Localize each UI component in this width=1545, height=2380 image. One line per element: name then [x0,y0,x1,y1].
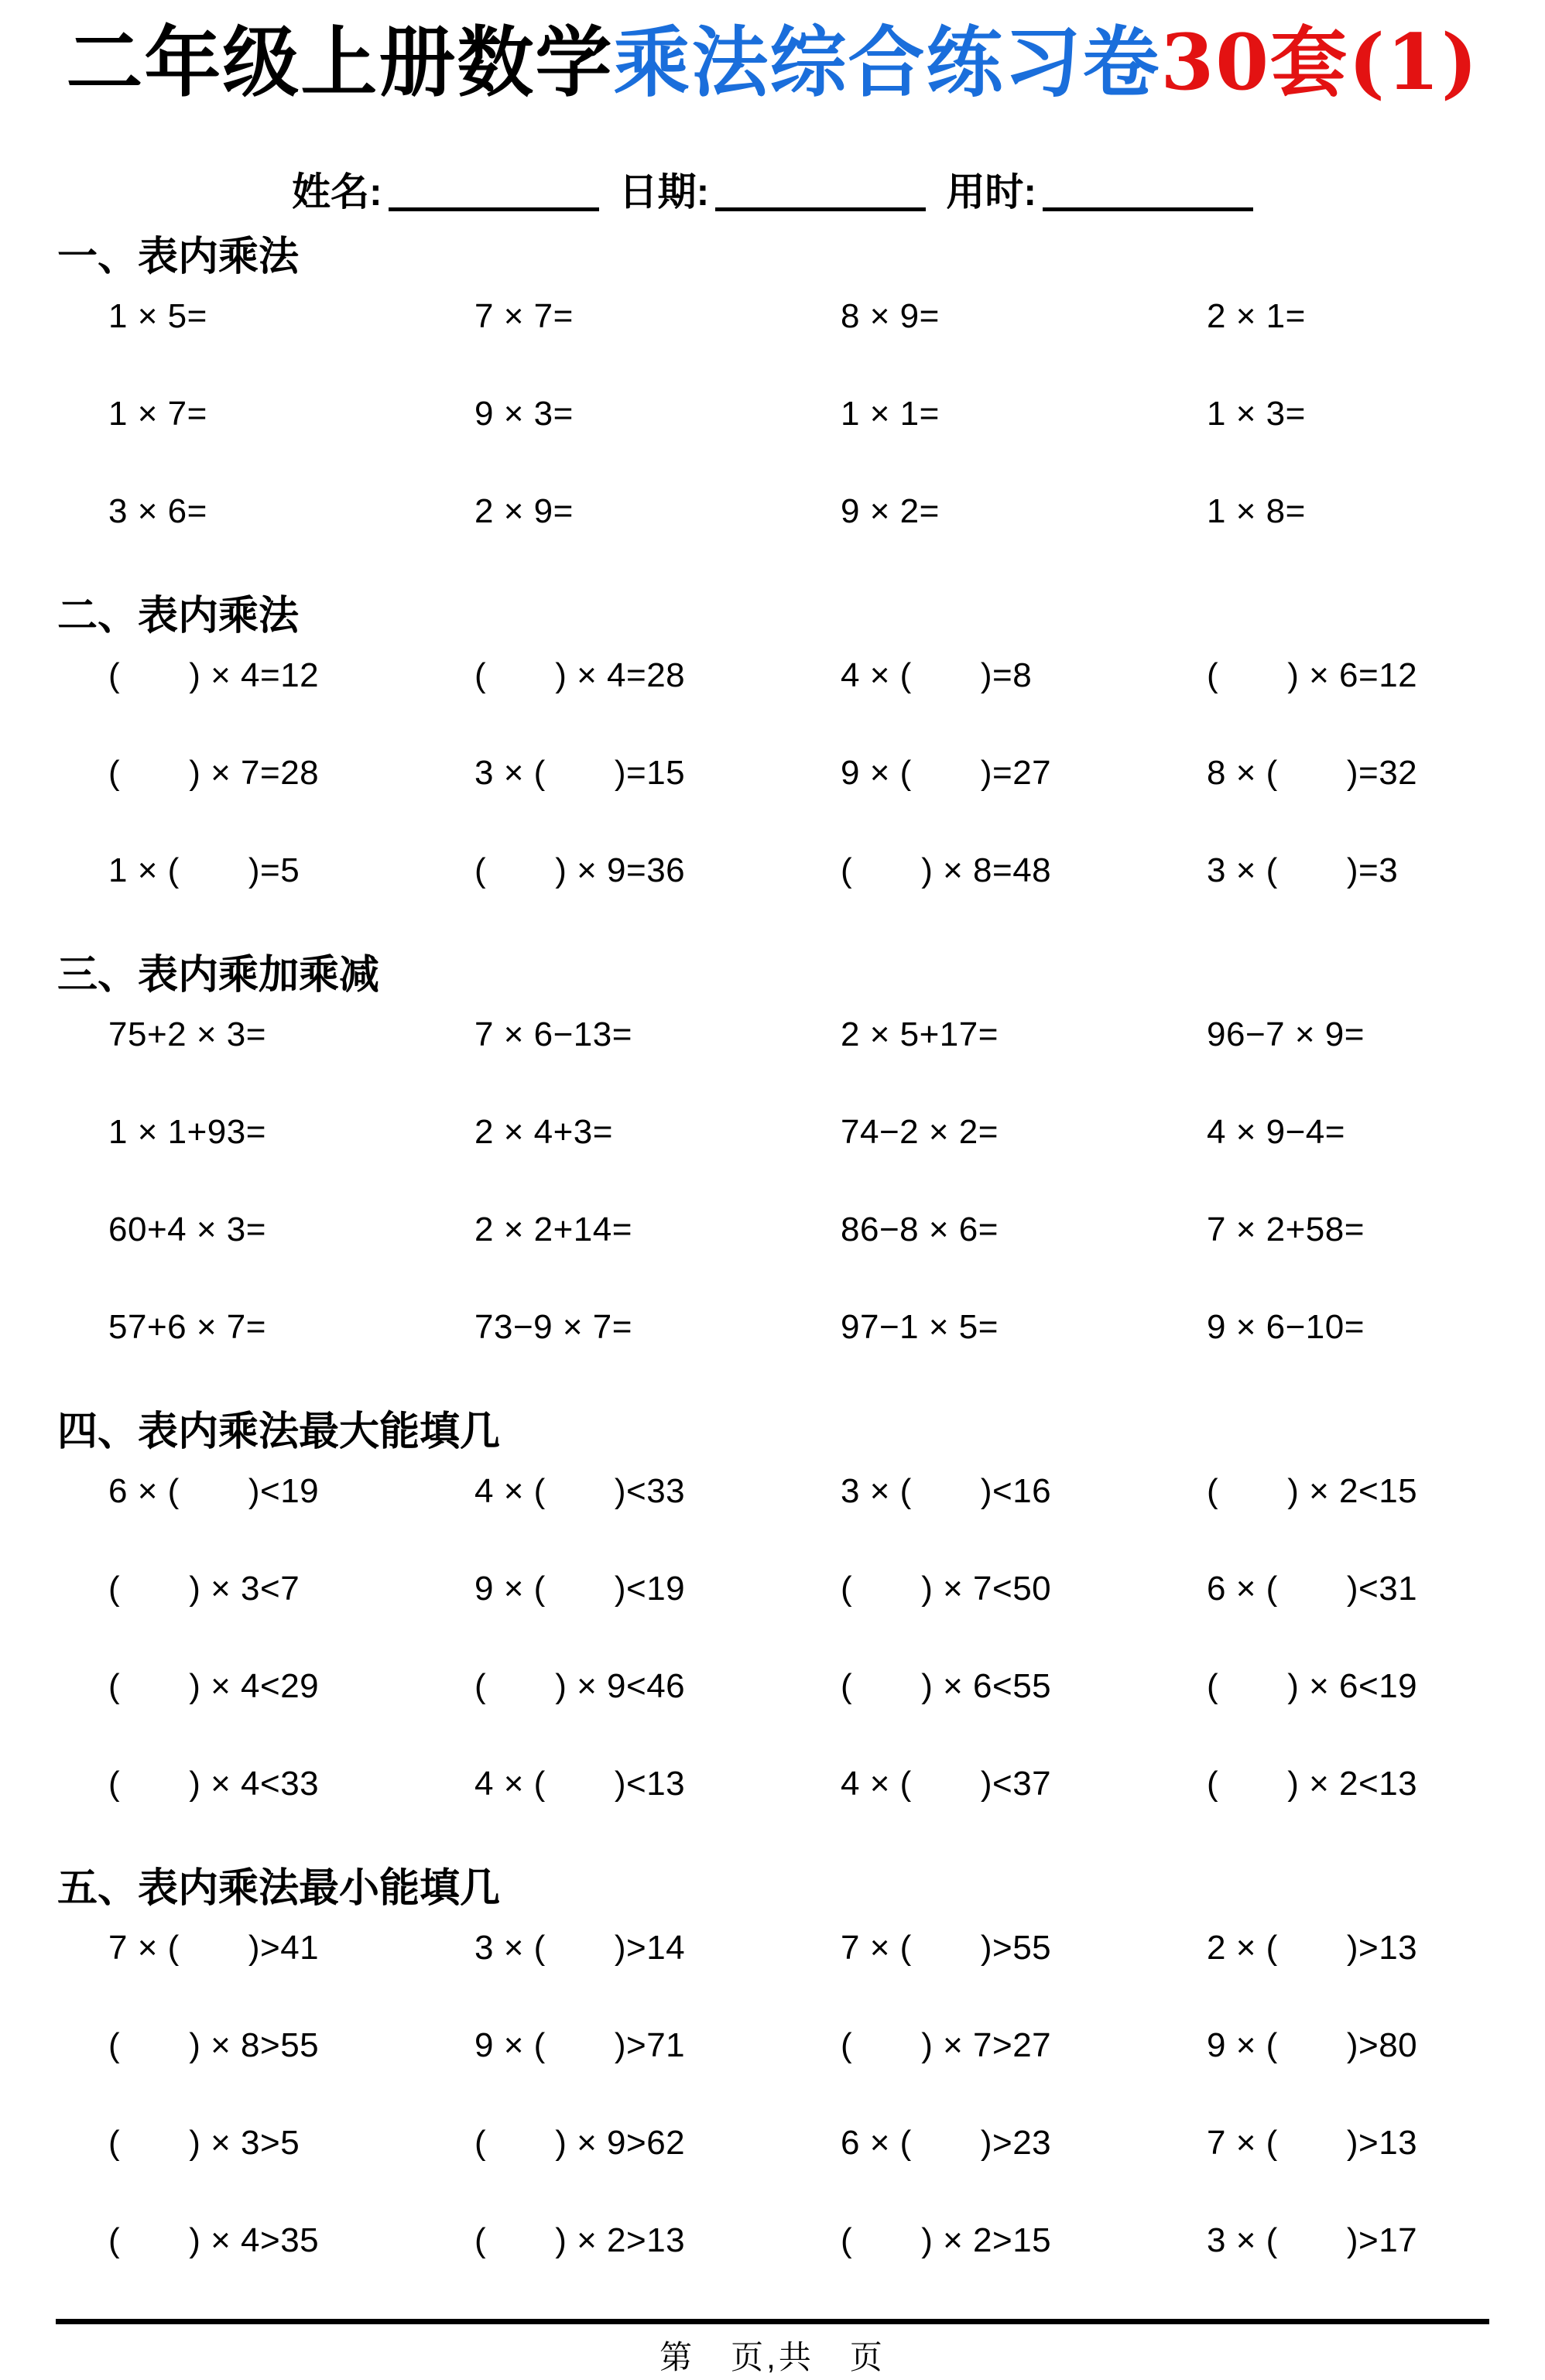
problem-cell: 7 × ( )>41 [108,1929,474,2026]
problem-cell: 4 × ( )<37 [841,1765,1207,1862]
section-4: 四、表内乘法最大能填几6 × ( )<194 × ( )<333 × ( )<1… [0,1412,1545,1862]
problem-cell: 1 × 1= [841,395,1207,492]
section-heading: 二、表内乘法 [57,596,1545,636]
problem-cell: ( ) × 9>62 [474,2124,841,2221]
problem-cell: 2 × 5+17= [841,1015,1207,1113]
problem-cell: 7 × 7= [474,297,841,395]
problem-cell: ( ) × 6=12 [1207,656,1545,754]
info-line: 姓名:日期:用时: [0,161,1545,217]
section-problems-grid: 7 × ( )>413 × ( )>147 × ( )>552 × ( )>13… [0,1929,1545,2319]
problem-cell: ( ) × 4>35 [108,2221,474,2319]
problem-cell: 7 × 6−13= [474,1015,841,1113]
problem-cell: ( ) × 2<13 [1207,1765,1545,1862]
problem-cell: 2 × 4+3= [474,1113,841,1211]
time-label: 用时: [946,170,1036,214]
problem-cell: 8 × ( )=32 [1207,754,1545,851]
problem-cell: ( ) × 6<19 [1207,1667,1545,1765]
problem-cell: ( ) × 2>15 [841,2221,1207,2319]
problem-cell: 7 × ( )>13 [1207,2124,1545,2221]
title-part-red: 30套(1) [1160,18,1478,108]
problem-cell: ( ) × 2<15 [1207,1472,1545,1570]
problem-cell: 75+2 × 3= [108,1015,474,1113]
problem-cell: ( ) × 7<50 [841,1570,1207,1667]
problem-cell: 1 × 8= [1207,492,1545,590]
problem-cell: 8 × 9= [841,297,1207,395]
problem-cell: 9 × ( )>80 [1207,2026,1545,2124]
problem-cell: 1 × 7= [108,395,474,492]
problem-cell: 9 × 2= [841,492,1207,590]
problem-cell: ( ) × 7>27 [841,2026,1207,2124]
worksheet-page: 二年级上册数学乘法综合练习卷30套(1) 姓名:日期:用时: 一、表内乘法1 ×… [0,0,1545,2380]
problem-cell: ( ) × 3>5 [108,2124,474,2221]
problem-cell: 2 × 1= [1207,297,1545,395]
problem-cell: 6 × ( )>23 [841,2124,1207,2221]
title-part-black: 二年级上册数学 [66,18,613,108]
problem-cell: ( ) × 9<46 [474,1667,841,1765]
problem-cell: 3 × ( )<16 [841,1472,1207,1570]
problem-cell: 4 × ( )=8 [841,656,1207,754]
problem-cell: 6 × ( )<19 [108,1472,474,1570]
problem-cell: 3 × ( )=15 [474,754,841,851]
section-problems-grid: 1 × 5=7 × 7=8 × 9=2 × 1=1 × 7=9 × 3=1 × … [0,297,1545,590]
problem-cell: ( ) × 8=48 [841,851,1207,949]
section-2: 二、表内乘法( ) × 4=12( ) × 4=284 × ( )=8( ) ×… [0,596,1545,949]
problem-cell: 3 × 6= [108,492,474,590]
problem-cell: 9 × ( )<19 [474,1570,841,1667]
problem-cell: 2 × 9= [474,492,841,590]
problem-cell: 57+6 × 7= [108,1308,474,1406]
problem-cell: 1 × ( )=5 [108,851,474,949]
problem-cell: ( ) × 3<7 [108,1570,474,1667]
page-title: 二年级上册数学乘法综合练习卷30套(1) [0,0,1545,104]
problem-cell: 97−1 × 5= [841,1308,1207,1406]
problem-cell: ( ) × 9=36 [474,851,841,949]
problem-cell: 1 × 5= [108,297,474,395]
problem-cell: 9 × 6−10= [1207,1308,1545,1406]
problem-cell: ( ) × 4=28 [474,656,841,754]
problem-cell: 9 × ( )>71 [474,2026,841,2124]
section-heading: 四、表内乘法最大能填几 [57,1412,1545,1452]
section-problems-grid: 75+2 × 3=7 × 6−13=2 × 5+17=96−7 × 9=1 × … [0,1015,1545,1406]
problem-cell: 9 × 3= [474,395,841,492]
problem-cell: 1 × 1+93= [108,1113,474,1211]
problem-cell: 3 × ( )=3 [1207,851,1545,949]
problem-cell: ( ) × 4<29 [108,1667,474,1765]
date-blank [715,169,926,211]
name-blank [389,169,599,211]
section-3: 三、表内乘加乘减75+2 × 3=7 × 6−13=2 × 5+17=96−7 … [0,955,1545,1406]
footer-divider [56,2319,1489,2324]
problem-cell: ( ) × 4<33 [108,1765,474,1862]
problem-cell: ( ) × 4=12 [108,656,474,754]
problem-cell: 60+4 × 3= [108,1211,474,1308]
section-1: 一、表内乘法1 × 5=7 × 7=8 × 9=2 × 1=1 × 7=9 × … [0,237,1545,590]
problem-cell: 74−2 × 2= [841,1113,1207,1211]
section-heading: 一、表内乘法 [57,237,1545,277]
problem-cell: 4 × ( )<33 [474,1472,841,1570]
name-label: 姓名: [292,170,382,214]
date-label: 日期: [619,170,710,214]
section-5: 五、表内乘法最小能填几7 × ( )>413 × ( )>147 × ( )>5… [0,1868,1545,2319]
section-heading: 三、表内乘加乘减 [57,955,1545,995]
problem-cell: 4 × ( )<13 [474,1765,841,1862]
sections: 一、表内乘法1 × 5=7 × 7=8 × 9=2 × 1=1 × 7=9 × … [0,237,1545,2319]
problem-cell: 7 × ( )>55 [841,1929,1207,2026]
problem-cell: 2 × ( )>13 [1207,1929,1545,2026]
problem-cell: ( ) × 8>55 [108,2026,474,2124]
footer-page-text: 第 页,共 页 [0,2332,1545,2378]
problem-cell: ( ) × 2>13 [474,2221,841,2319]
section-problems-grid: ( ) × 4=12( ) × 4=284 × ( )=8( ) × 6=12(… [0,656,1545,949]
title-part-blue: 乘法综合练习卷 [613,18,1160,108]
problem-cell: 3 × ( )>17 [1207,2221,1545,2319]
problem-cell: 6 × ( )<31 [1207,1570,1545,1667]
problem-cell: ( ) × 6<55 [841,1667,1207,1765]
problem-cell: 7 × 2+58= [1207,1211,1545,1308]
problem-cell: 3 × ( )>14 [474,1929,841,2026]
problem-cell: 86−8 × 6= [841,1211,1207,1308]
problem-cell: ( ) × 7=28 [108,754,474,851]
problem-cell: 96−7 × 9= [1207,1015,1545,1113]
section-heading: 五、表内乘法最小能填几 [57,1868,1545,1909]
section-problems-grid: 6 × ( )<194 × ( )<333 × ( )<16( ) × 2<15… [0,1472,1545,1862]
problem-cell: 9 × ( )=27 [841,754,1207,851]
problem-cell: 73−9 × 7= [474,1308,841,1406]
problem-cell: 1 × 3= [1207,395,1545,492]
time-blank [1043,169,1253,211]
problem-cell: 2 × 2+14= [474,1211,841,1308]
problem-cell: 4 × 9−4= [1207,1113,1545,1211]
